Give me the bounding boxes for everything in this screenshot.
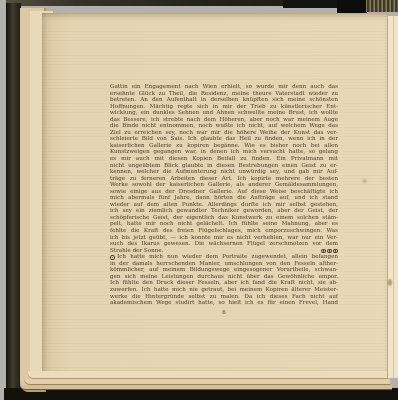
book-cover-left [6,3,21,397]
text-line: zuwerfen. Ich hatte mich nie getraut, be… [110,287,338,294]
text-line: Gattin ein Engagement nach Wien erhielt,… [110,84,338,91]
text-line: Werke sowohl der kaiserlichen Gallerie, … [110,182,338,189]
page-text-block: Gattin ein Engagement nach Wien erhielt,… [110,84,338,307]
paragraph-2: in der damals herrschenden Manier, umsch… [110,261,338,307]
text-line: kömmlicher, auf meinem Bildungswege eing… [110,267,338,274]
text-line: schleierte Bild von Sais. Ich glaubte da… [110,136,338,143]
paragraph-end-ornaments [321,249,338,254]
text-line: ich sey ein ziemlich gewandter Techniker… [110,208,338,215]
sun-circle-ornament-icon [333,249,338,254]
paragraph-2-first-line: Ich hatte mich nun wieder dem Portraite … [110,254,338,261]
text-line: wicklung, ein dunkles Sehnen und Ahnen s… [110,110,338,117]
text-line: fehlte die Kraft des freien Flügelschlag… [110,228,338,235]
page-number: 6 [110,310,338,316]
text-line: Ich fühlte den Druck dieser Fesseln, abe… [110,280,338,287]
text-line: mich abermals fünf Jahre, dann hörten di… [110,195,338,202]
sun-circle-ornament-icon [110,255,115,260]
text-line: die Binde nicht entnommen, noch wußte ic… [110,123,338,130]
text-line: betreten. An den Aufenthalt in derselben… [110,97,338,104]
page-stack-bottom [28,371,388,379]
paragraph-1: Gattin ein Engagement nach Wien erhielt,… [110,84,338,248]
page-fore-edge-right [387,16,398,378]
sun-circle-ornament-icon [321,249,326,254]
text-line: es mir auch mit diesen Kopien Beifall zu… [110,156,338,163]
page-fore-edge-top [366,0,398,12]
sun-circle-ornament-icon [327,249,332,254]
text-line: akademischem Wege studirt hatte, so hiel… [110,300,338,307]
text-line: kennen, welcher die Aufmunterung nicht u… [110,169,338,176]
page-stack-bottom [20,385,392,390]
paragraph-2-first-line-text: Ich hatte mich nun wieder dem Portraite … [117,254,338,261]
page-blemish [388,279,392,286]
bookmark-tab [337,0,367,14]
page-blemish [362,179,367,183]
